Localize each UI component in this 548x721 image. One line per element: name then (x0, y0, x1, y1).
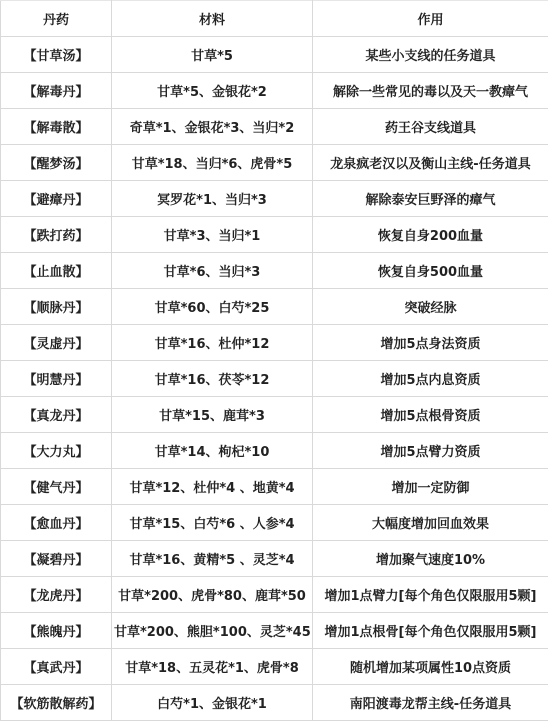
materials-cell: 甘草*16、黄精*5 、灵芝*4 (112, 541, 313, 577)
pill-name-cell: 【龙虎丹】 (1, 577, 112, 613)
table-row: 【明慧丹】甘草*16、茯苓*12增加5点内息资质 (1, 361, 548, 397)
materials-cell: 甘草*18、五灵花*1、虎骨*8 (112, 649, 313, 685)
pill-name-cell: 【真龙丹】 (1, 397, 112, 433)
table-row: 【解毒散】奇草*1、金银花*3、当归*2药王谷支线道具 (1, 109, 548, 145)
effect-cell: 增加一定防御 (313, 469, 548, 505)
pill-name-cell: 【愈血丹】 (1, 505, 112, 541)
effect-cell: 增加5点身法资质 (313, 325, 548, 361)
effect-cell: 恢复自身500血量 (313, 253, 548, 289)
table-row: 【愈血丹】甘草*15、白芍*6 、人参*4大幅度增加回血效果 (1, 505, 548, 541)
effect-cell: 增加5点内息资质 (313, 361, 548, 397)
table-row: 【软筋散解药】白芍*1、金银花*1南阳渡毒龙帮主线-任务道具 (1, 685, 548, 721)
table-row: 【解毒丹】甘草*5、金银花*2解除一些常见的毒以及天一教瘴气 (1, 73, 548, 109)
pill-name-cell: 【软筋散解药】 (1, 685, 112, 721)
materials-cell: 甘草*200、熊胆*100、灵芝*45 (112, 613, 313, 649)
pill-name-cell: 【顺脉丹】 (1, 289, 112, 325)
table-row: 【甘草汤】甘草*5某些小支线的任务道具 (1, 37, 548, 73)
pill-name-cell: 【解毒散】 (1, 109, 112, 145)
effect-cell: 随机增加某项属性10点资质 (313, 649, 548, 685)
effect-cell: 南阳渡毒龙帮主线-任务道具 (313, 685, 548, 721)
effect-cell: 解除一些常见的毒以及天一教瘴气 (313, 73, 548, 109)
header-pill: 丹药 (1, 1, 112, 37)
materials-cell: 白芍*1、金银花*1 (112, 685, 313, 721)
effect-cell: 恢复自身200血量 (313, 217, 548, 253)
materials-cell: 甘草*200、虎骨*80、鹿茸*50 (112, 577, 313, 613)
pill-name-cell: 【熊魄丹】 (1, 613, 112, 649)
materials-cell: 甘草*14、枸杞*10 (112, 433, 313, 469)
header-effect: 作用 (313, 1, 548, 37)
table-row: 【真龙丹】甘草*15、鹿茸*3增加5点根骨资质 (1, 397, 548, 433)
header-materials: 材料 (112, 1, 313, 37)
pill-name-cell: 【大力丸】 (1, 433, 112, 469)
effect-cell: 突破经脉 (313, 289, 548, 325)
table-row: 【熊魄丹】甘草*200、熊胆*100、灵芝*45增加1点根骨[每个角色仅限服用5… (1, 613, 548, 649)
materials-cell: 甘草*6、当归*3 (112, 253, 313, 289)
table-row: 【止血散】甘草*6、当归*3恢复自身500血量 (1, 253, 548, 289)
table-row: 【避瘴丹】冥罗花*1、当归*3解除泰安巨野泽的瘴气 (1, 181, 548, 217)
materials-cell: 甘草*5、金银花*2 (112, 73, 313, 109)
table-row: 【凝碧丹】甘草*16、黄精*5 、灵芝*4增加聚气速度10% (1, 541, 548, 577)
pill-name-cell: 【止血散】 (1, 253, 112, 289)
effect-cell: 增加1点根骨[每个角色仅限服用5颗] (313, 613, 548, 649)
table-row: 【跌打药】甘草*3、当归*1恢复自身200血量 (1, 217, 548, 253)
table-row: 【真武丹】甘草*18、五灵花*1、虎骨*8随机增加某项属性10点资质 (1, 649, 548, 685)
effect-cell: 增加聚气速度10% (313, 541, 548, 577)
header-row: 丹药 材料 作用 (1, 1, 548, 37)
materials-cell: 甘草*18、当归*6、虎骨*5 (112, 145, 313, 181)
materials-cell: 甘草*15、白芍*6 、人参*4 (112, 505, 313, 541)
pill-name-cell: 【真武丹】 (1, 649, 112, 685)
materials-cell: 甘草*16、茯苓*12 (112, 361, 313, 397)
effect-cell: 增加5点臂力资质 (313, 433, 548, 469)
table-row: 【灵虚丹】甘草*16、杜仲*12增加5点身法资质 (1, 325, 548, 361)
pill-name-cell: 【健气丹】 (1, 469, 112, 505)
table-row: 【龙虎丹】甘草*200、虎骨*80、鹿茸*50增加1点臂力[每个角色仅限服用5颗… (1, 577, 548, 613)
table-row: 【健气丹】甘草*12、杜仲*4 、地黄*4增加一定防御 (1, 469, 548, 505)
materials-cell: 奇草*1、金银花*3、当归*2 (112, 109, 313, 145)
materials-cell: 甘草*5 (112, 37, 313, 73)
effect-cell: 解除泰安巨野泽的瘴气 (313, 181, 548, 217)
materials-cell: 甘草*16、杜仲*12 (112, 325, 313, 361)
materials-cell: 甘草*60、白芍*25 (112, 289, 313, 325)
materials-cell: 冥罗花*1、当归*3 (112, 181, 313, 217)
pill-name-cell: 【灵虚丹】 (1, 325, 112, 361)
pill-name-cell: 【跌打药】 (1, 217, 112, 253)
effect-cell: 药王谷支线道具 (313, 109, 548, 145)
pill-name-cell: 【明慧丹】 (1, 361, 112, 397)
pill-name-cell: 【醒梦汤】 (1, 145, 112, 181)
table-row: 【顺脉丹】甘草*60、白芍*25突破经脉 (1, 289, 548, 325)
pill-name-cell: 【凝碧丹】 (1, 541, 112, 577)
materials-cell: 甘草*12、杜仲*4 、地黄*4 (112, 469, 313, 505)
pill-name-cell: 【解毒丹】 (1, 73, 112, 109)
effect-cell: 增加1点臂力[每个角色仅限服用5颗] (313, 577, 548, 613)
materials-cell: 甘草*15、鹿茸*3 (112, 397, 313, 433)
effect-cell: 龙泉疯老汉以及衡山主线-任务道具 (313, 145, 548, 181)
table-row: 【醒梦汤】甘草*18、当归*6、虎骨*5龙泉疯老汉以及衡山主线-任务道具 (1, 145, 548, 181)
materials-cell: 甘草*3、当归*1 (112, 217, 313, 253)
pill-name-cell: 【甘草汤】 (1, 37, 112, 73)
effect-cell: 某些小支线的任务道具 (313, 37, 548, 73)
table-row: 【大力丸】甘草*14、枸杞*10增加5点臂力资质 (1, 433, 548, 469)
pill-name-cell: 【避瘴丹】 (1, 181, 112, 217)
pill-recipe-table: 丹药 材料 作用 【甘草汤】甘草*5某些小支线的任务道具【解毒丹】甘草*5、金银… (0, 0, 548, 721)
effect-cell: 大幅度增加回血效果 (313, 505, 548, 541)
effect-cell: 增加5点根骨资质 (313, 397, 548, 433)
